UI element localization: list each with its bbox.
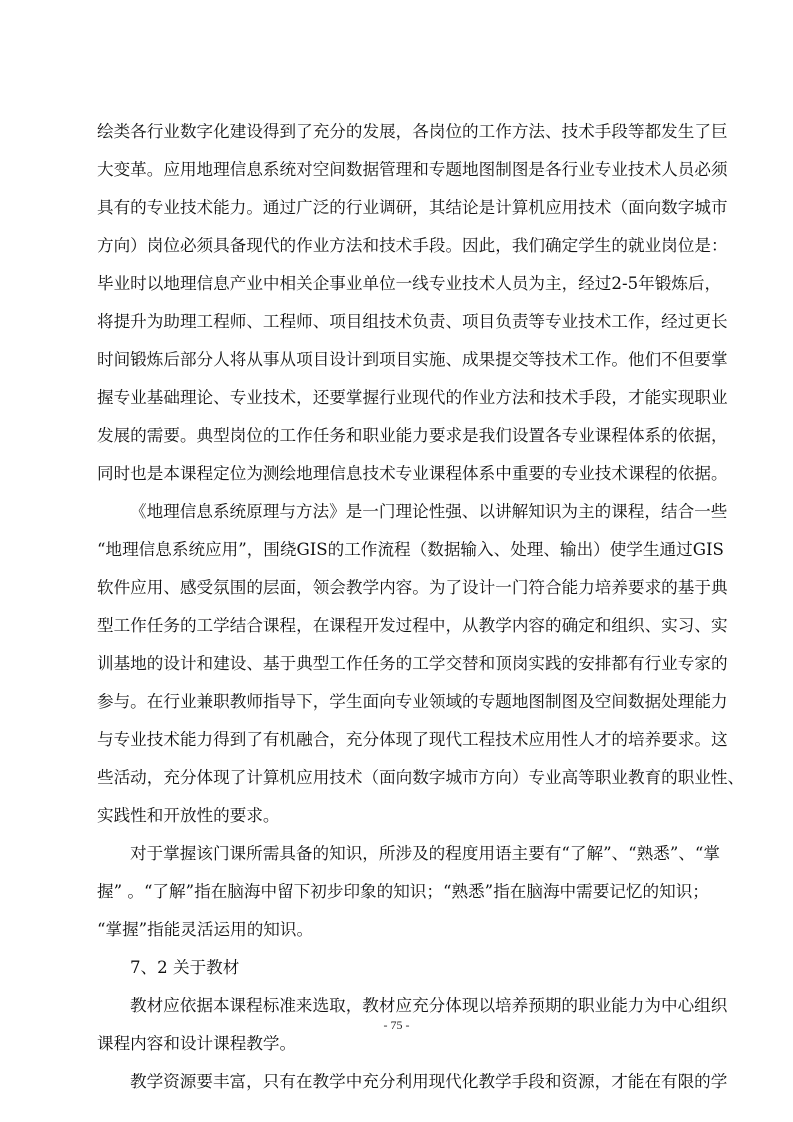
text-line: 方向）岗位必须具备现代的作业方法和技术手段。因此，我们确定学生的就业岗位是： [97, 227, 698, 265]
text-line: 《地理信息系统原理与方法》是一门理论性强、以讲解知识为主的课程，结合一些 [97, 493, 698, 531]
paragraph-career-positioning: 绘类各行业数字化建设得到了充分的发展，各岗位的工作方法、技术手段等都发生了巨 大… [97, 113, 698, 493]
text-line: 实践性和开放性的要求。 [97, 797, 698, 835]
paragraph-teaching-resources: 教学资源要丰富，只有在教学中充分利用现代化教学手段和资源，才能在有限的学 [97, 1063, 698, 1101]
text-line: 握专业基础理论、专业技术，还要掌握行业现代的作业方法和技术手段，才能实现职业 [97, 379, 698, 417]
text-line: 大变革。应用地理信息系统对空间数据管理和专题地图制图是各行业专业技术人员必须 [97, 151, 698, 189]
text-line: 时间锻炼后部分人将从事从项目设计到项目实施、成果提交等技术工作。他们不但要掌 [97, 341, 698, 379]
text-line: 参与。在行业兼职教师指导下，学生面向专业领域的专题地图制图及空间数据处理能力 [97, 683, 698, 721]
text-line: 训基地的设计和建设、基于典型工作任务的工学交替和顶岗实践的安排都有行业专家的 [97, 645, 698, 683]
text-line: 具有的专业技术能力。通过广泛的行业调研，其结论是计算机应用技术（面向数字城市 [97, 189, 698, 227]
text-line: 对于掌握该门课所需具备的知识，所涉及的程度用语主要有“了解”、“熟悉”、“掌 [97, 835, 698, 873]
text-line: 发展的需要。典型岗位的工作任务和职业能力要求是我们设置各专业课程体系的依据， [97, 417, 698, 455]
section-heading-7-2: 7、2 关于教材 [97, 949, 698, 987]
paragraph-course-description: 《地理信息系统原理与方法》是一门理论性强、以讲解知识为主的课程，结合一些 “地理… [97, 493, 698, 835]
text-line: 些活动，充分体现了计算机应用技术（面向数字城市方向）专业高等职业教育的职业性、 [97, 759, 698, 797]
section-heading-text: 7、2 关于教材 [97, 949, 698, 987]
text-line: 型工作任务的工学结合课程，在课程开发过程中，从教学内容的确定和组织、实习、实 [97, 607, 698, 645]
paragraph-knowledge-levels: 对于掌握该门课所需具备的知识，所涉及的程度用语主要有“了解”、“熟悉”、“掌 握… [97, 835, 698, 949]
text-line: 毕业时以地理信息产业中相关企事业单位一线专业技术人员为主，经过2-5年锻炼后， [97, 265, 698, 303]
text-line: “掌握”指能灵活运用的知识。 [97, 911, 698, 949]
document-page: 绘类各行业数字化建设得到了充分的发展，各岗位的工作方法、技术手段等都发生了巨 大… [0, 0, 793, 1122]
text-line: 软件应用、感受氛围的层面，领会教学内容。为了设计一门符合能力培养要求的基于典 [97, 569, 698, 607]
text-line: “地理信息系统应用”，围绕GIS的工作流程（数据输入、处理、输出）使学生通过GI… [97, 531, 698, 569]
text-line: 绘类各行业数字化建设得到了充分的发展，各岗位的工作方法、技术手段等都发生了巨 [97, 113, 698, 151]
text-line: 同时也是本课程定位为测绘地理信息技术专业课程体系中重要的专业技术课程的依据。 [97, 455, 698, 493]
text-line: 教学资源要丰富，只有在教学中充分利用现代化教学手段和资源，才能在有限的学 [97, 1063, 698, 1101]
text-line: 握” 。“了解”指在脑海中留下初步印象的知识；“熟悉”指在脑海中需要记忆的知识； [97, 873, 698, 911]
page-body: 绘类各行业数字化建设得到了充分的发展，各岗位的工作方法、技术手段等都发生了巨 大… [97, 113, 698, 1101]
page-number: - 75 - [0, 1018, 793, 1033]
text-line: 与专业技术能力得到了有机融合，充分体现了现代工程技术应用性人才的培养要求。这 [97, 721, 698, 759]
text-line: 将提升为助理工程师、工程师、项目组技术负责、项目负责等专业技术工作，经过更长 [97, 303, 698, 341]
